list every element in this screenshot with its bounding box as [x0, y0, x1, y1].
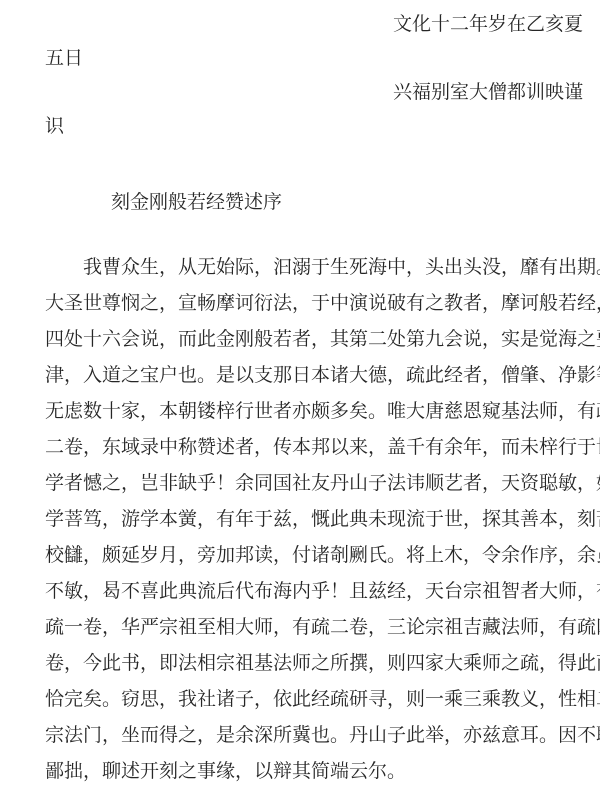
body-line: 学菩笃，游学本黉，有年于兹，慨此典未现流于世，探其善本，刻苦 [45, 502, 590, 538]
colophon-date-wrap: 五日 [45, 42, 590, 76]
body-line: 津，入道之宝户也。是以支那日本诸大德，疏此经者，僧肇、净影等 [45, 358, 590, 394]
body-line: 卷，今此书，即法相宗祖基法师之所撰，则四家大乘师之疏，得此而 [45, 646, 590, 682]
document-title: 刻金刚般若经赞述序 [45, 186, 590, 220]
body-line: 学者憾之，岂非缺乎！余同国社友丹山子法讳顺艺者，天资聪敏，好 [45, 466, 590, 502]
body-line: 我曹众生，从无始际，汩溺于生死海中，头出头没，靡有出期。 [45, 250, 590, 286]
body-line: 不敏，曷不喜此典流后代布海内乎！且兹经，天台宗祖智者大师，有 [45, 574, 590, 610]
colophon-date-line: 文化十二年岁在乙亥夏 [45, 8, 590, 42]
document-page: 文化十二年岁在乙亥夏 五日 兴福别室大僧都训映谨 识 刻金刚般若经赞述序 我曹众… [0, 0, 600, 800]
body-line: 大圣世尊悯之，宣畅摩诃衍法，于中演说破有之教者，摩诃般若经， [45, 286, 590, 322]
colophon: 文化十二年岁在乙亥夏 五日 兴福别室大僧都训映谨 识 [45, 8, 590, 144]
body-line: 无虑数十家，本朝镂梓行世者亦颇多矣。唯大唐慈恩窥基法师，有疏 [45, 394, 590, 430]
body-line: 二卷，东域录中称赞述者，传本邦以来，盖千有余年，而未梓行于世， [45, 430, 590, 466]
body-line: 疏一卷，华严宗祖至相大师，有疏二卷，三论宗祖吉藏法师，有疏四 [45, 610, 590, 646]
body-line: 四处十六会说，而此金刚般若者，其第二处第九会说，实是觉海之要 [45, 322, 590, 358]
body-line: 校讎，颇延岁月，旁加邦读，付诸剞劂氏。将上木，令余作序，余虽 [45, 538, 590, 574]
colophon-signature-line: 兴福别室大僧都训映谨 [45, 76, 590, 110]
body-line: 宗法门，坐而得之，是余深所冀也。丹山子此举，亦兹意耳。因不耻 [45, 718, 590, 754]
body-line: 鄙拙，聊述开刻之事缘，以辩其简端云尔。 [45, 754, 590, 790]
colophon-signature-wrap: 识 [45, 110, 590, 144]
body-line: 恰完矣。窃思，我社诸子，依此经疏研寻，则一乘三乘教义，性相二 [45, 682, 590, 718]
body-paragraph: 我曹众生，从无始际，汩溺于生死海中，头出头没，靡有出期。大圣世尊悯之，宣畅摩诃衍… [45, 250, 590, 790]
